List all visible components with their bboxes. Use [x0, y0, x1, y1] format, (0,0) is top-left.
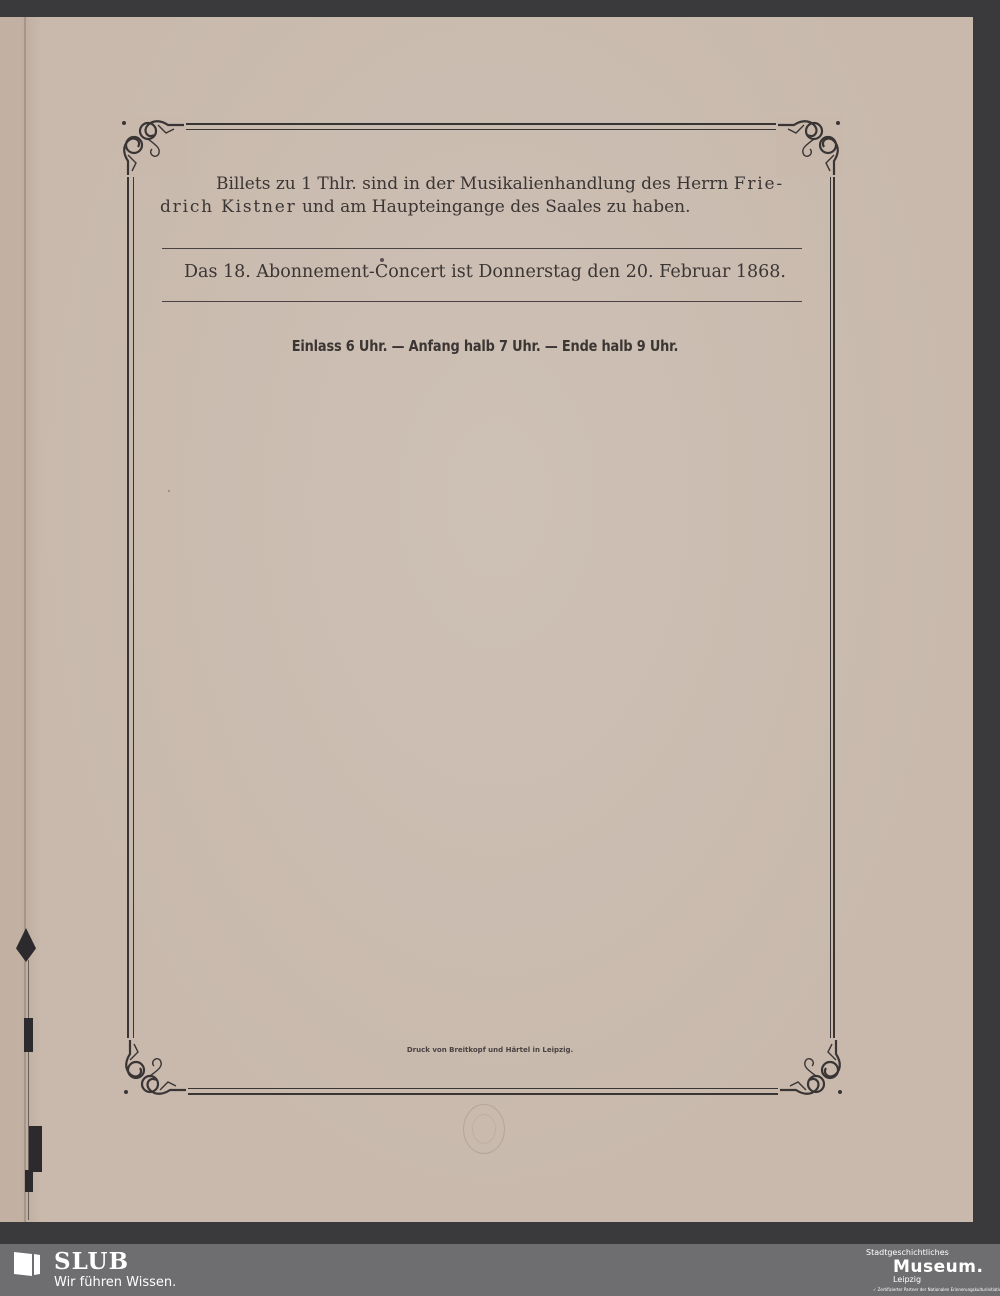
binding-mark-block	[29, 1126, 42, 1172]
corner-ornament-bottom-right-icon	[778, 1038, 846, 1100]
museum-logo-title: Museum.	[893, 1257, 983, 1277]
museum-logo-city: Leipzig	[893, 1275, 921, 1284]
divider-bottom	[162, 301, 802, 302]
museum-logo-line1: Stadtgeschichtliches	[866, 1248, 949, 1257]
binding-mark-block	[25, 1170, 33, 1192]
book-pages-icon	[14, 1250, 40, 1276]
corner-ornament-top-left-icon	[118, 115, 186, 177]
museum-certification: ✓ Zertifizierter Partner der Nationalen …	[873, 1287, 1000, 1292]
corner-ornament-top-right-icon	[776, 115, 844, 177]
ticket-info-text-1: Billets zu 1 Thlr. sind in der Musikalie…	[216, 174, 734, 194]
divider-top	[162, 248, 802, 249]
slub-logo-tagline: Wir führen Wissen.	[54, 1275, 176, 1290]
printer-imprint: Druck von Breitkopf und Härtel in Leipzi…	[340, 1046, 640, 1054]
slub-logo-title[interactable]: SLUB	[54, 1248, 129, 1275]
concert-announcement: Das 18. Abonnement-Concert ist Donnersta…	[160, 262, 810, 282]
corner-ornament-bottom-left-icon	[120, 1038, 188, 1100]
paper-speck	[168, 490, 170, 492]
ticket-info-spaced-1: Frie-	[734, 174, 784, 194]
ticket-info-spaced-2: drich Kistner	[160, 197, 297, 217]
library-stamp-icon	[463, 1104, 505, 1154]
left-page-edge	[0, 17, 24, 1222]
binding-mark-block	[24, 1018, 33, 1052]
paper-speck	[380, 258, 384, 262]
viewer-footer: SLUB Wir führen Wissen. Stadtgeschichtli…	[0, 1244, 1000, 1296]
ticket-info-text-2: und am Haupteingange des Saales zu haben…	[297, 197, 691, 217]
schedule-line: Einlass 6 Uhr. — Anfang halb 7 Uhr. — En…	[206, 337, 765, 355]
ticket-info-paragraph: Billets zu 1 Thlr. sind in der Musikalie…	[160, 173, 810, 219]
